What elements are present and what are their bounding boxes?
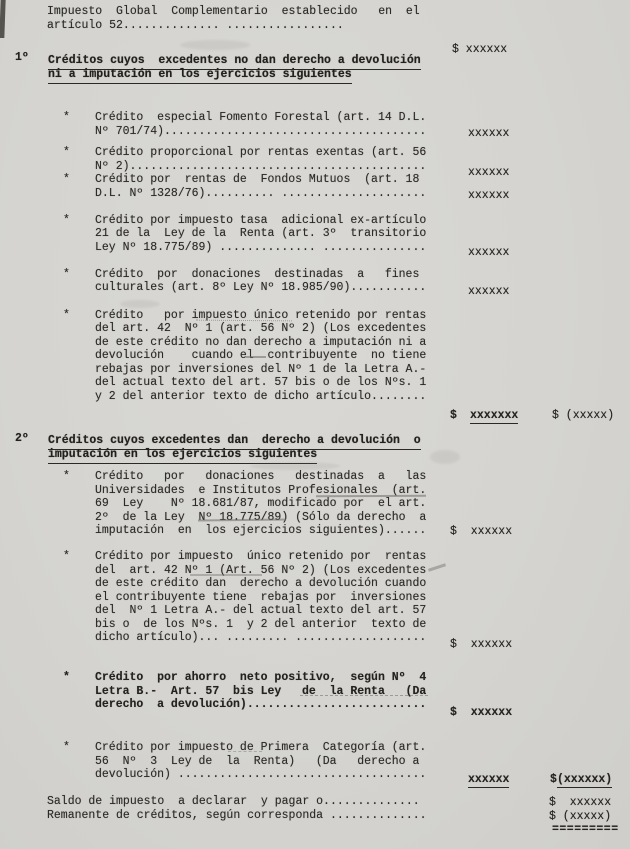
item-line: Crédito por impuesto de Primera Categorí… [95, 741, 426, 755]
item-line: Crédito por impuesto único retenido por … [95, 309, 426, 323]
item-bullet: * [63, 173, 70, 187]
item-bullet: * [63, 111, 70, 125]
amount-dollar: $ [450, 409, 457, 423]
item-line: 2º de la Ley Nº 18.775/89) (Sólo da dere… [95, 511, 426, 525]
item-line: el contribuyente tiene rebajas por inver… [95, 591, 426, 605]
intro-line: Impuesto Global Complementario estableci… [47, 5, 420, 19]
amount-underlined: (xxxxxx) [557, 773, 612, 788]
intro-line: artículo 52.............. ..............… [47, 19, 344, 33]
amount-underlined: xxxxxx [468, 773, 509, 788]
item-bullet: * [63, 146, 70, 160]
section-heading-line: ni a imputación en los ejercicios siguie… [48, 68, 352, 84]
item-line: Crédito por rentas de Fondos Mutuos (art… [95, 173, 419, 187]
item-line: Nº 2)...................................… [95, 160, 426, 174]
amount-value: xxxxxx [468, 166, 509, 180]
item-line: del actual texto del art. 57 bis o de lo… [95, 376, 426, 390]
item-line: bis o de los Nºs. 1 y 2 del anterior tex… [95, 618, 426, 632]
amount-value: $ (xxxxx) [552, 409, 614, 423]
item-line: Crédito especial Fomento Forestal (art. … [95, 111, 426, 125]
item-bullet: * [63, 268, 70, 282]
item-line: Crédito por impuesto tasa adicional ex-a… [95, 214, 426, 228]
item-bullet: * [63, 214, 70, 228]
scanned-document-page: { "page": {"background": "#d5d4d0", "ink… [0, 0, 630, 849]
scan-artifact [180, 40, 250, 50]
item-line: Crédito por donaciones destinadas a las [95, 470, 426, 484]
item-line: Universidades e Institutos Profesionales… [95, 484, 426, 498]
item-line: 21 de la Ley de la Renta (art. 3º transi… [95, 227, 426, 241]
document-body: Impuesto Global Complementario estableci… [0, 0, 630, 849]
item-bullet: * [63, 470, 70, 484]
section-number: 1º [15, 51, 29, 65]
item-line: devolución) ............................… [95, 768, 426, 782]
amount-value: xxxxxx [468, 189, 509, 203]
item-bullet: * [63, 309, 70, 323]
scan-artifact [430, 450, 460, 464]
amount-value: $ xxxxxx [450, 638, 512, 652]
amount-value: $ xxxxxx [452, 43, 507, 57]
item-line: 56 Nº 3 Ley de la Renta) (Da derecho a [95, 755, 419, 769]
item-line: imputación en los ejercicios siguientes)… [95, 524, 426, 538]
item-line: rebajas por inversiones del Nº 1 de la L… [95, 363, 426, 377]
amount-value: xxxxxx [468, 285, 509, 299]
item-line: de este crédito no dan derecho a imputac… [95, 336, 426, 350]
item-line: Nº 701/74)..............................… [95, 125, 426, 139]
item-line: D.L. Nº 1328/76).......... .............… [95, 187, 426, 201]
item-bullet: * [63, 550, 70, 564]
amount-value: $ xxxxxx [549, 796, 611, 810]
item-line: devolución cuando el contribuyente no ti… [95, 349, 426, 363]
double-rule: ========= [552, 823, 619, 837]
item-line: del art. 42 Nº 1 (Art. 56 Nº 2) (Los exc… [95, 564, 426, 578]
scan-artifact [120, 300, 160, 308]
amount-underlined: xxxxxxx [470, 409, 518, 424]
item-line: 69 Ley Nº 18.681/87, modificado por el a… [95, 497, 426, 511]
scan-artifact [0, 0, 6, 38]
amount-value: xxxxxx [468, 127, 509, 141]
item-line: dicho artículo)... ......... ...........… [95, 631, 426, 645]
item-line: del art. 42 Nº 1 (art. 56 Nº 2) (Los exc… [95, 322, 426, 336]
amount-dollar: $ [550, 773, 557, 787]
item-line: Ley Nº 18.775/89) .............. .......… [95, 241, 426, 255]
item-bullet: * [63, 741, 70, 755]
scan-artifact [428, 563, 446, 571]
footer-line: Remanente de créditos, según corresponda… [47, 809, 427, 823]
item-line: de este crédito dan derecho a devolución… [95, 577, 426, 591]
amount-value: $ xxxxxx [450, 525, 512, 539]
amount-value: $ (xxxxx) [549, 810, 611, 824]
footer-line: Saldo de impuesto a declarar y pagar o..… [47, 795, 420, 809]
item-bullet: * [63, 671, 70, 685]
item-line: Crédito por impuesto único retenido por … [95, 550, 426, 564]
item-line: derecho a devolución)...................… [95, 698, 426, 712]
amount-value: xxxxxx [468, 246, 509, 260]
item-line: Crédito proporcional por rentas exentas … [95, 146, 426, 160]
item-line: y 2 del anterior texto de dicho artículo… [95, 390, 426, 404]
item-line: del Nº 1 Letra A.- del actual texto del … [95, 604, 426, 618]
amount-value: $ xxxxxx [450, 706, 512, 720]
section-number: 2º [15, 432, 29, 446]
item-line: culturales (art. 8º Ley Nº 18.985/90)...… [95, 281, 426, 295]
section-heading-line: imputación en los ejercicios siguientes [48, 448, 317, 464]
item-line: Crédito por donaciones destinadas a fine… [95, 268, 419, 282]
item-line: Crédito por ahorro neto positivo, según … [95, 671, 426, 685]
item-line: Letra B.- Art. 57 bis Ley de la Renta (D… [95, 685, 426, 699]
